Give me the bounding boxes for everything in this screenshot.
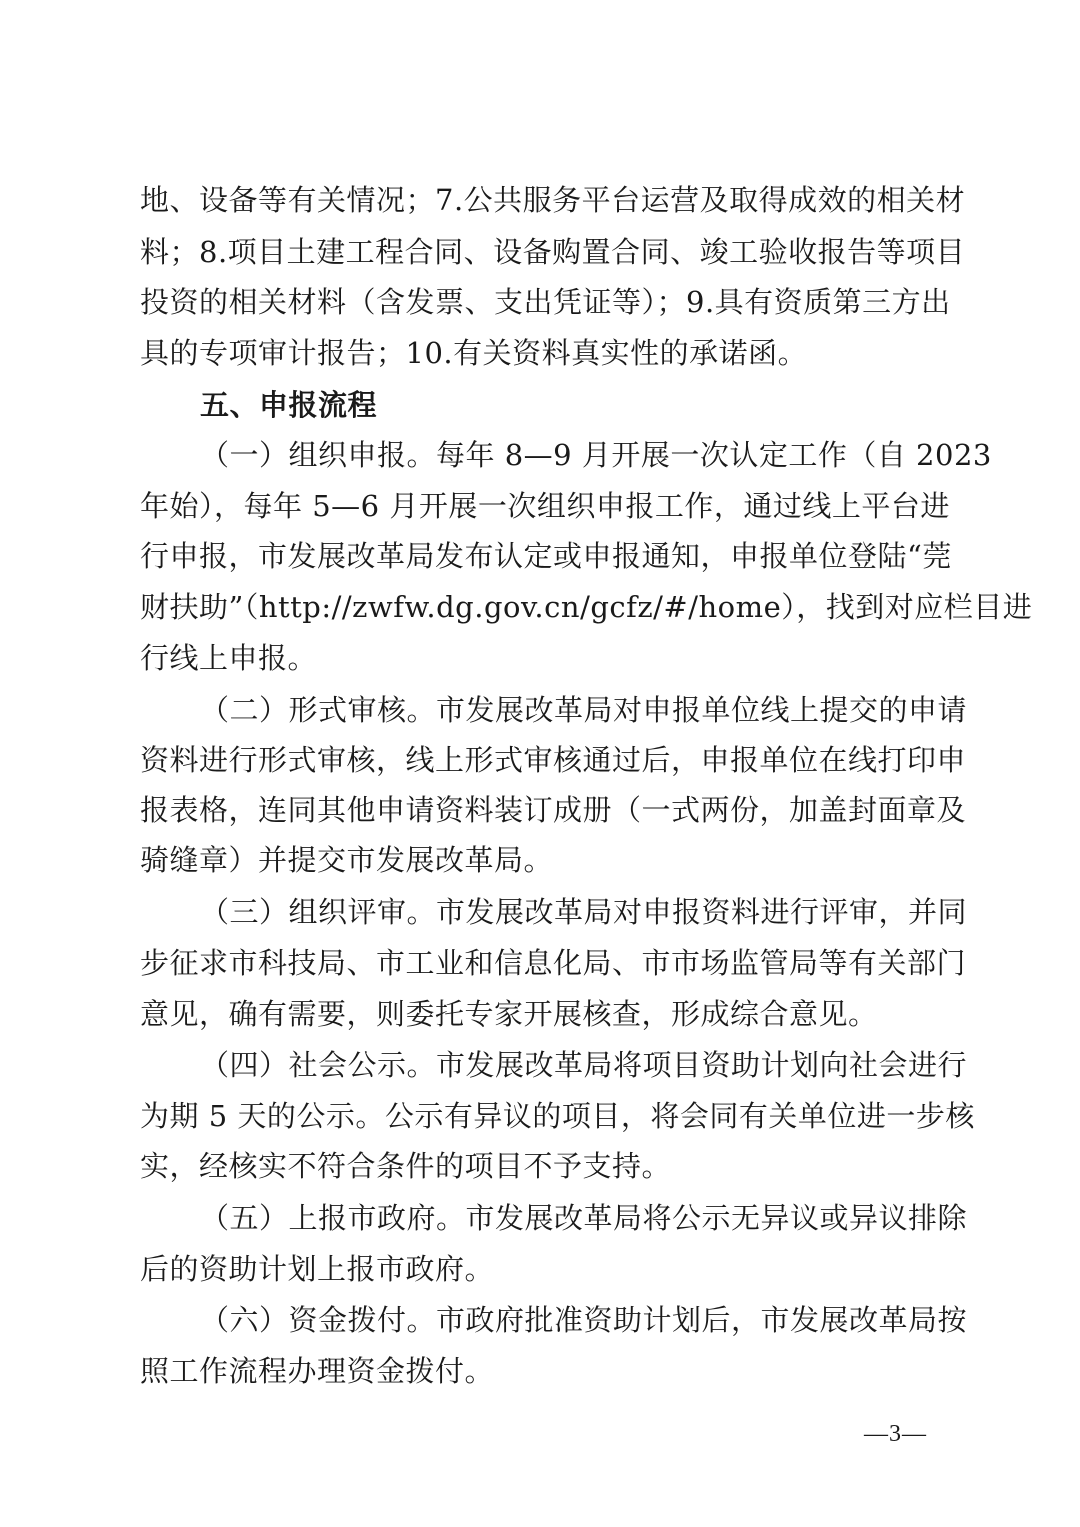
step-4-line: （四）社会公示。市发展改革局将项目资助计划向社会进行 xyxy=(200,1039,940,1091)
page-number: —3— xyxy=(864,1414,927,1454)
step-6-line: （六）资金拨付。市政府批准资助计划后，市发展改革局按 xyxy=(200,1294,940,1346)
text-line: 投资的相关材料（含发票、支出凭证等）；9.具有资质第三方出 xyxy=(140,276,940,328)
step-3-line: （三）组织评审。市发展改革局对申报资料进行评审，并同 xyxy=(200,886,940,938)
step-1-line: 行申报，市发展改革局发布认定或申报通知，申报单位登陆“莞 xyxy=(140,530,940,582)
text-line: 料；8.项目土建工程合同、设备购置合同、竣工验收报告等项目 xyxy=(140,226,940,278)
step-2-line: （二）形式审核。市发展改革局对申报单位线上提交的申请 xyxy=(200,684,940,736)
step-1-url-line: 财扶助”（http://zwfw.dg.gov.cn/gcfz/#/home），… xyxy=(140,581,940,633)
step-1-line: （一）组织申报。每年 8—9 月开展一次认定工作（自 2023 xyxy=(200,429,940,481)
step-2-line: 报表格，连同其他申请资料装订成册（一式两份，加盖封面章及 xyxy=(140,784,940,836)
step-2-line: 骑缝章）并提交市发展改革局。 xyxy=(140,834,940,886)
step-1-line: 年始），每年 5—6 月开展一次组织申报工作，通过线上平台进 xyxy=(140,480,940,532)
step-5-line: （五）上报市政府。市发展改革局将公示无异议或异议排除 xyxy=(200,1192,940,1244)
step-5-line: 后的资助计划上报市政府。 xyxy=(140,1243,940,1295)
step-2-line: 资料进行形式审核，线上形式审核通过后，申报单位在线打印申 xyxy=(140,734,940,786)
step-4-line: 为期 5 天的公示。公示有异议的项目，将会同有关单位进一步核 xyxy=(140,1090,940,1142)
step-1-line: 行线上申报。 xyxy=(140,632,940,684)
step-3-line: 步征求市科技局、市工业和信息化局、市市场监管局等有关部门 xyxy=(140,937,940,989)
step-4-line: 实，经核实不符合条件的项目不予支持。 xyxy=(140,1140,940,1192)
step-3-line: 意见，确有需要，则委托专家开展核查，形成综合意见。 xyxy=(140,988,940,1040)
text-line: 地、设备等有关情况；7.公共服务平台运营及取得成效的相关材 xyxy=(140,174,940,226)
section-heading: 五、申报流程 xyxy=(200,379,940,431)
text-line: 具的专项审计报告；10.有关资料真实性的承诺函。 xyxy=(140,327,940,379)
step-6-line: 照工作流程办理资金拨付。 xyxy=(140,1345,940,1397)
